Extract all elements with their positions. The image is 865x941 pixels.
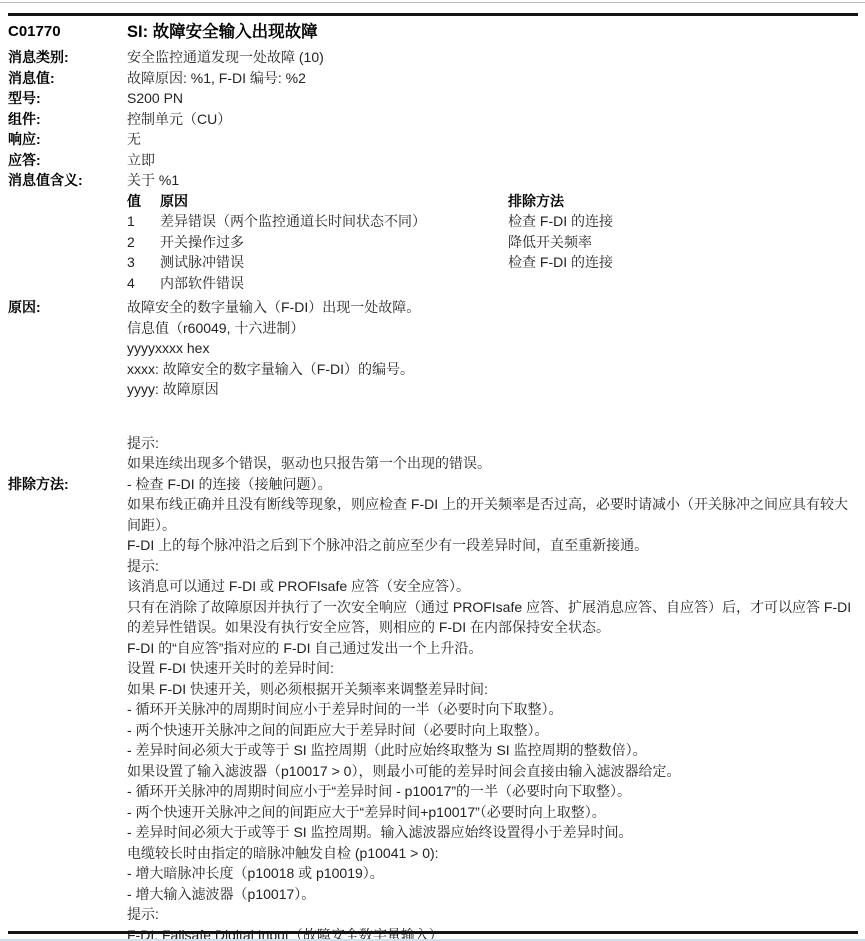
cause-line: xxxx: 故障安全的数字量输入（F-DI）的编号。 bbox=[127, 359, 857, 380]
remedy-line: 电缆较长时由指定的暗脉冲触发自检 (p10041 > 0): bbox=[127, 843, 857, 864]
field-value: 立即 bbox=[127, 150, 857, 171]
value-table-row: 4内部软件错误 bbox=[127, 273, 857, 294]
value-cell: 4 bbox=[127, 273, 160, 294]
remedy-line: - 差异时间必须大于或等于 SI 监控周期（此时应始终取整为 SI 监控周期的整… bbox=[127, 740, 857, 761]
remedy-cell: 检查 F-DI 的连接 bbox=[508, 252, 857, 273]
remedy-line: 只有在消除了故障原因并执行了一次安全响应（通过 PROFIsafe 应答、扩展消… bbox=[127, 597, 857, 638]
cause-line: 故障安全的数字量输入（F-DI）出现一处故障。 bbox=[127, 297, 857, 318]
cause-lines: 故障安全的数字量输入（F-DI）出现一处故障。信息值（r60049, 十六进制）… bbox=[127, 297, 857, 474]
cause-section: 原因: 故障安全的数字量输入（F-DI）出现一处故障。信息值（r60049, 十… bbox=[8, 297, 857, 474]
field-row: 响应:无 bbox=[8, 129, 857, 150]
field-label: 消息值: bbox=[8, 68, 127, 89]
remedy-line: 如果 F-DI 快速开关，则必须根据开关频率来调整差异时间: bbox=[127, 679, 857, 700]
value-table: 值原因排除方法1差异错误（两个监控通道长时间状态不同）检查 F-DI 的连接2开… bbox=[127, 191, 857, 294]
remedy-line: 该消息可以通过 F-DI 或 PROFIsafe 应答（安全应答）。 bbox=[127, 576, 857, 597]
top-divider bbox=[8, 13, 858, 16]
field-label: 消息类别: bbox=[8, 47, 127, 68]
remedy-line: - 增大输入滤波器（p10017）。 bbox=[127, 884, 857, 905]
value-table-row: 3测试脉冲错误检查 F-DI 的连接 bbox=[127, 252, 857, 273]
cause-line: 信息值（r60049, 十六进制） bbox=[127, 318, 857, 339]
cause-cell: 内部软件错误 bbox=[160, 273, 508, 294]
field-value: 无 bbox=[127, 129, 857, 150]
cause-line: yyyyxxxx hex bbox=[127, 338, 857, 359]
remedy-line: F-DI 上的每个脉冲沿之后到下个脉冲沿之前应至少有一段差异时间，直至重新接通。 bbox=[127, 535, 857, 556]
remedy-line: - 检查 F-DI 的连接（接触问题）。 bbox=[127, 474, 857, 495]
remedy-cell: 降低开关频率 bbox=[508, 232, 857, 253]
remedy-lines: - 检查 F-DI 的连接（接触问题）。如果布线正确并且没有断线等现象，则应检查… bbox=[127, 474, 857, 941]
field-label: 型号: bbox=[8, 88, 127, 109]
field-label: 组件: bbox=[8, 109, 127, 130]
remedy-line: - 两个快速开关脉冲之间的间距应大于差异时间（必要时向上取整）。 bbox=[127, 720, 857, 741]
remedy-section: 排除方法: - 检查 F-DI 的连接（接触问题）。如果布线正确并且没有断线等现… bbox=[8, 474, 857, 941]
field-value: 控制单元（CU） bbox=[127, 109, 857, 130]
remedy-line: 如果布线正确并且没有断线等现象，则应检查 F-DI 上的开关频率是否过高，必要时… bbox=[127, 494, 857, 535]
remedy-line: - 循环开关脉冲的周期时间应小于差异时间的一半（必要时向下取整）。 bbox=[127, 699, 857, 720]
fault-code: C01770 bbox=[8, 20, 127, 44]
cause-line bbox=[127, 400, 857, 433]
remedy-line: 设置 F-DI 快速开关时的差异时间: bbox=[127, 658, 857, 679]
cause-cell: 开关操作过多 bbox=[160, 232, 508, 253]
remedy-line: F-DI 的“自应答”指对应的 F-DI 自己通过发出一个上升沿。 bbox=[127, 638, 857, 659]
cause-label: 原因: bbox=[8, 297, 127, 318]
value-table-header-row: 值原因排除方法 bbox=[127, 191, 857, 212]
fault-header-row: C01770 SI: 故障安全输入出现故障 bbox=[8, 20, 857, 44]
remedy-line: - 循环开关脉冲的周期时间应小于“差异时间 - p10017”的一半（必要时向下… bbox=[127, 781, 857, 802]
fault-title: SI: 故障安全输入出现故障 bbox=[127, 20, 857, 44]
field-label: 响应: bbox=[8, 129, 127, 150]
remedy-cell bbox=[508, 273, 857, 294]
cause-line: 提示: bbox=[127, 433, 857, 454]
value-cell: 3 bbox=[127, 252, 160, 273]
field-row: 消息值含义:关于 %1 bbox=[8, 170, 857, 191]
field-row: 组件:控制单元（CU） bbox=[8, 109, 857, 130]
cause-cell: 测试脉冲错误 bbox=[160, 252, 508, 273]
field-value: S200 PN bbox=[127, 88, 857, 109]
cause-line: 如果连续出现多个错误，驱动也只报告第一个出现的错误。 bbox=[127, 453, 857, 474]
remedy-line: - 增大暗脉冲长度（p10018 或 p10019）。 bbox=[127, 863, 857, 884]
remedy-column-header: 排除方法 bbox=[508, 191, 857, 212]
cause-column-header: 原因 bbox=[160, 191, 508, 212]
field-label: 消息值含义: bbox=[8, 170, 127, 191]
value-column-header: 值 bbox=[127, 191, 160, 212]
field-value: 安全监控通道发现一处故障 (10) bbox=[127, 47, 857, 68]
field-value: 故障原因: %1, F-DI 编号: %2 bbox=[127, 68, 857, 89]
remedy-label: 排除方法: bbox=[8, 474, 127, 495]
field-row: 型号:S200 PN bbox=[8, 88, 857, 109]
fault-document-page: C01770 SI: 故障安全输入出现故障 消息类别:安全监控通道发现一处故障 … bbox=[0, 0, 865, 941]
value-cell: 2 bbox=[127, 232, 160, 253]
value-cell: 1 bbox=[127, 211, 160, 232]
remedy-cell: 检查 F-DI 的连接 bbox=[508, 211, 857, 232]
cause-line: yyyy: 故障原因 bbox=[127, 379, 857, 400]
remedy-line: - 两个快速开关脉冲之间的间距应大于“差异时间+p10017”（必要时向上取整）… bbox=[127, 802, 857, 823]
remedy-line: 提示: bbox=[127, 904, 857, 925]
remedy-line: - 差异时间必须大于或等于 SI 监控周期。输入滤波器应始终设置得小于差异时间。 bbox=[127, 822, 857, 843]
cause-cell: 差异错误（两个监控通道长时间状态不同） bbox=[160, 211, 508, 232]
field-list: 消息类别:安全监控通道发现一处故障 (10)消息值:故障原因: %1, F-DI… bbox=[8, 47, 857, 191]
field-row: 消息值:故障原因: %1, F-DI 编号: %2 bbox=[8, 68, 857, 89]
field-label: 应答: bbox=[8, 150, 127, 171]
value-table-row: 2开关操作过多降低开关频率 bbox=[127, 232, 857, 253]
value-table-row: 1差异错误（两个监控通道长时间状态不同）检查 F-DI 的连接 bbox=[127, 211, 857, 232]
remedy-line: 如果设置了输入滤波器（p10017 > 0），则最小可能的差异时间会直接由输入滤… bbox=[127, 761, 857, 782]
page-top-edge bbox=[0, 2, 865, 3]
document-content: C01770 SI: 故障安全输入出现故障 消息类别:安全监控通道发现一处故障 … bbox=[8, 20, 857, 941]
field-row: 消息类别:安全监控通道发现一处故障 (10) bbox=[8, 47, 857, 68]
field-value: 关于 %1 bbox=[127, 170, 857, 191]
bottom-divider bbox=[8, 931, 858, 934]
field-row: 应答:立即 bbox=[8, 150, 857, 171]
remedy-line: 提示: bbox=[127, 556, 857, 577]
